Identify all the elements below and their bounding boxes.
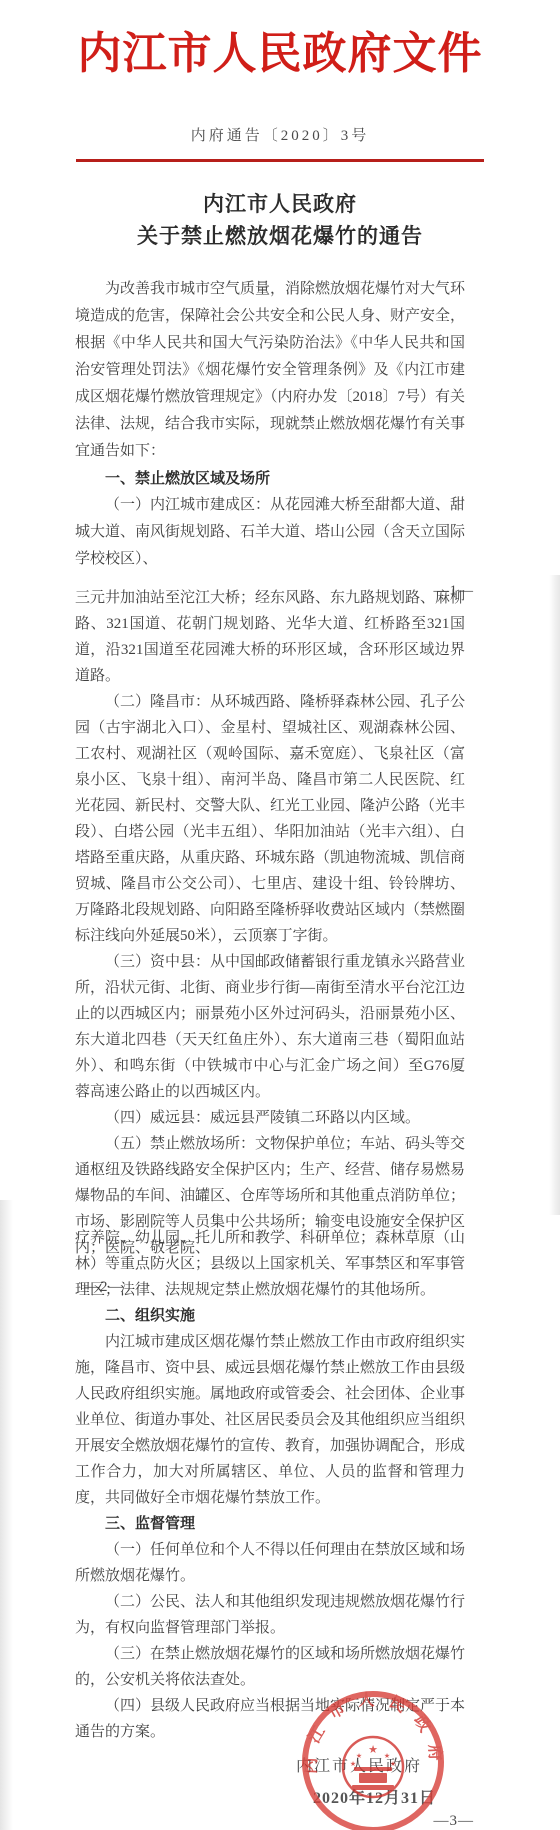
supervision-item-4: （四）县级人民政府应当根据当地实际情况制定严于本通告的方案。 <box>75 1693 465 1745</box>
section-3-heading: 三、监督管理 <box>75 1511 465 1537</box>
section-2-heading: 二、组织实施 <box>75 1303 465 1329</box>
signature-block: 内江市人民政府 2020年12月31日 <box>0 1753 560 1808</box>
letterhead-title: 内江市人民政府文件 <box>0 26 560 82</box>
intro-paragraph: 为改善我市城市空气质量，消除燃放烟花爆竹对大气环境造成的危害，保障社会公共安全和… <box>75 276 465 465</box>
page-number-3: —3— <box>0 1813 474 1830</box>
notice-title: 内江市人民政府 关于禁止燃放烟花爆竹的通告 <box>0 188 560 252</box>
supervision-item-2: （二）公民、法人和其他组织发现违规燃放烟花爆竹行为，有权向监督管理部门举报。 <box>75 1589 465 1641</box>
document-page-1: 内江市人民政府文件 内府通告〔2020〕3号 内江市人民政府 关于禁止燃放烟花爆… <box>0 0 560 575</box>
item-2-paragraph: （二）隆昌市：从环城西路、隆桥驿森林公园、孔子公园（古宇湖北入口）、金星村、望城… <box>75 689 465 949</box>
supervision-item-3: （三）在禁止燃放烟花爆竹的区域和场所燃放烟花爆竹的，公安机关将依法查处。 <box>75 1641 465 1693</box>
page1-body: 为改善我市城市空气质量，消除燃放烟花爆竹对大气环境造成的危害，保障社会公共安全和… <box>75 276 465 573</box>
issue-date: 2020年12月31日 <box>0 1785 436 1808</box>
item-3-paragraph: （三）资中县：从中国邮政储蓄银行重龙镇永兴路营业所，沿状元街、北街、商业步行街—… <box>75 949 465 1105</box>
page2-body: 三元井加油站至沱江大桥；经东风路、东九路规划路、麻柳路、321国道、花朝门规划路… <box>75 585 465 1261</box>
document-page-2: 三元井加油站至沱江大桥；经东风路、东九路规划路、麻柳路、321国道、花朝门规划路… <box>0 575 560 1215</box>
issuing-authority: 内江市人民政府 <box>0 1753 422 1776</box>
item-1-paragraph-part1: （一）内江城市建成区：从花园滩大桥至甜都大道、甜城大道、南风街规划路、石羊大道、… <box>75 492 465 573</box>
section-1-heading: 一、禁止燃放区域及场所 <box>75 465 465 492</box>
supervision-item-1: （一）任何单位和个人不得以任何理由在禁放区域和场所燃放烟花爆竹。 <box>75 1537 465 1589</box>
item-5-paragraph-part2: 疗养院、幼儿园、托儿所和教学、科研单位；森林草原（山林）等重点防火区；县级以上国… <box>75 1225 465 1303</box>
red-divider-rule <box>76 159 484 162</box>
document-number: 内府通告〔2020〕3号 <box>0 124 560 145</box>
document-page-3: 疗养院、幼儿园、托儿所和教学、科研单位；森林草原（山林）等重点防火区；县级以上国… <box>0 1215 560 1830</box>
notice-title-line2: 关于禁止燃放烟花爆竹的通告 <box>0 220 560 252</box>
item-4-paragraph: （四）威远县：威远县严陵镇二环路以内区域。 <box>75 1105 465 1131</box>
notice-title-line1: 内江市人民政府 <box>0 188 560 220</box>
item-1-paragraph-part2: 三元井加油站至沱江大桥；经东风路、东九路规划路、麻柳路、321国道、花朝门规划路… <box>75 585 465 689</box>
section-2-paragraph: 内江城市建成区烟花爆竹禁止燃放工作由市政府组织实施，隆昌市、资中县、威远县烟花爆… <box>75 1329 465 1511</box>
page3-body: 疗养院、幼儿园、托儿所和教学、科研单位；森林草原（山林）等重点防火区；县级以上国… <box>75 1225 465 1745</box>
scanned-government-notice: 内江市人民政府文件 内府通告〔2020〕3号 内江市人民政府 关于禁止燃放烟花爆… <box>0 0 560 1830</box>
